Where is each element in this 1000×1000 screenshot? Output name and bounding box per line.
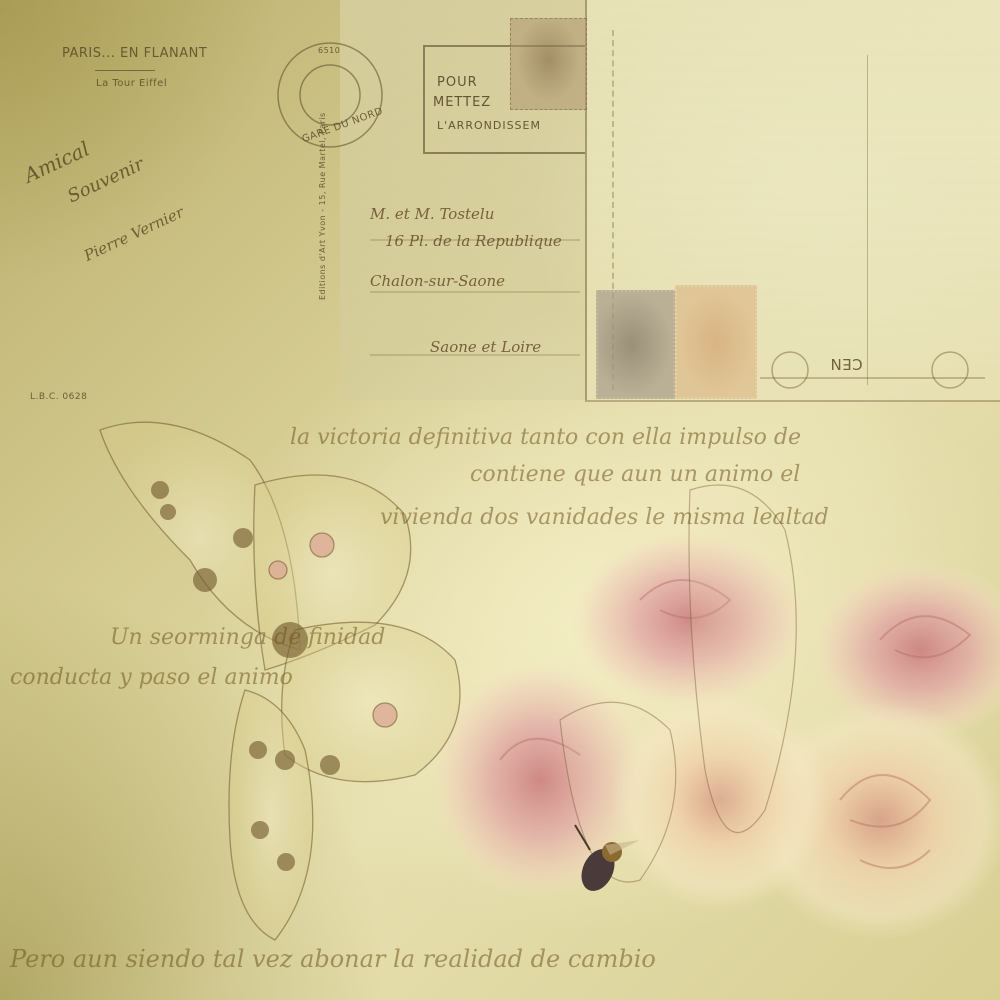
flame-line-3: L'ARRONDISSEM bbox=[437, 119, 541, 132]
address-line-1: M. et M. Tostelu bbox=[370, 205, 494, 223]
handwriting-line-1: la victoria definitiva tanto con ella im… bbox=[290, 425, 801, 450]
handwriting-line-5: conducta y paso el animo bbox=[10, 665, 293, 690]
address-line-4: Saone et Loire bbox=[430, 338, 541, 356]
postage-stamp-portrait bbox=[510, 18, 587, 110]
handwriting-line-2: contiene que aun un animo el bbox=[470, 462, 800, 487]
handwriting-line-6: Pero aun siendo tal vez abonar la realid… bbox=[10, 945, 656, 973]
postage-stamp-orange bbox=[675, 285, 757, 399]
postcard-subtitle: La Tour Eiffel bbox=[96, 78, 167, 89]
flame-line-1: POUR bbox=[437, 75, 478, 90]
publisher-line: Editions d'Art Yvon - 15, Rue Martel, Pa… bbox=[318, 112, 327, 300]
postmark-number: 6510 bbox=[318, 46, 340, 55]
postcard-title: PARIS... EN FLANANT bbox=[62, 46, 207, 61]
postcard-code: L.B.C. 0628 bbox=[30, 392, 87, 402]
title-divider bbox=[95, 70, 155, 71]
handwriting-line-4: Un seorminga de finidad bbox=[110, 625, 385, 650]
handwriting-line-3: vivienda dos vanidades le misma lealtad bbox=[380, 505, 829, 530]
ornament bbox=[760, 352, 985, 388]
postage-stamp-grey bbox=[596, 290, 675, 399]
flame-line-2: METTEZ bbox=[433, 95, 491, 110]
collage-canvas: PARIS... EN FLANANT La Tour Eiffel L.B.C… bbox=[0, 0, 1000, 1000]
postcard-mark: CEN bbox=[830, 355, 863, 373]
address-line-2: 16 Pl. de la Republique bbox=[385, 232, 562, 250]
address-line-3: Chalon-sur-Saone bbox=[370, 272, 505, 290]
